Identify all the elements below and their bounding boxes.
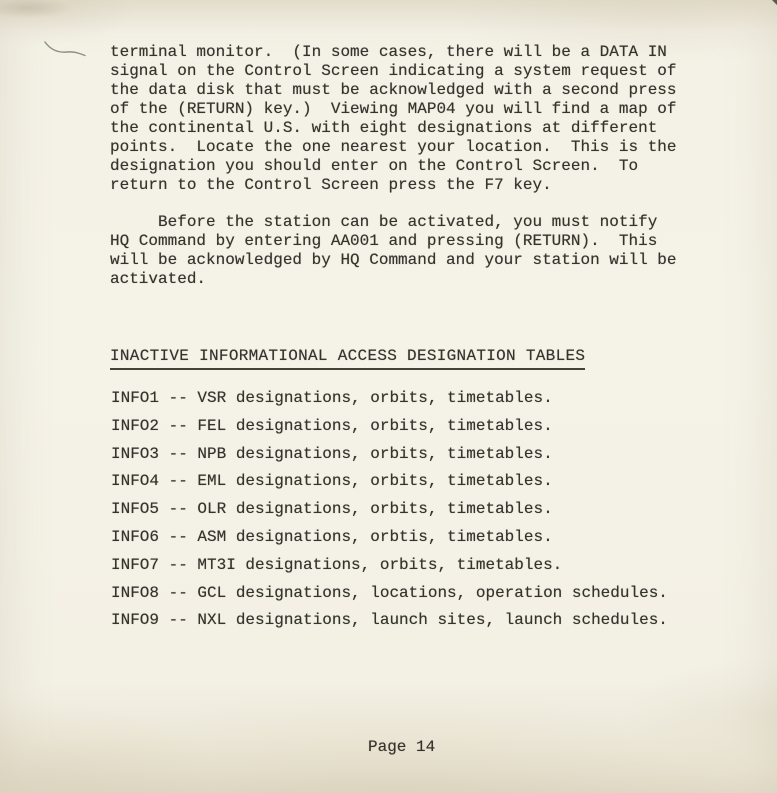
info-row-2: INFO2 -- FEL designations, orbits, timet…	[111, 417, 668, 436]
info-row-8: INFO8 -- GCL designations, locations, op…	[111, 584, 668, 603]
paragraph-terminal-monitor: terminal monitor. (In some cases, there …	[110, 43, 677, 195]
info-row-3: INFO3 -- NPB designations, orbits, timet…	[111, 445, 668, 464]
page-number: Page 14	[368, 738, 435, 757]
info-designation-table: INFO1 -- VSR designations, orbits, timet…	[111, 389, 668, 630]
info-row-6: INFO6 -- ASM designations, orbtis, timet…	[111, 528, 668, 547]
info-row-7: INFO7 -- MT3I designations, orbits, time…	[111, 556, 668, 575]
section-heading-inactive-tables: INACTIVE INFORMATIONAL ACCESS DESIGNATIO…	[110, 347, 585, 370]
scan-edge-smudge	[0, 0, 90, 26]
info-row-4: INFO4 -- EML designations, orbits, timet…	[111, 472, 668, 491]
scan-corner-speck	[772, 0, 777, 5]
info-row-1: INFO1 -- VSR designations, orbits, timet…	[111, 389, 668, 408]
paragraph-station-activation: Before the station can be activated, you…	[110, 213, 677, 289]
pen-stroke-icon	[30, 34, 94, 64]
info-row-9: INFO9 -- NXL designations, launch sites,…	[111, 611, 668, 630]
scanned-manual-page: terminal monitor. (In some cases, there …	[0, 0, 777, 793]
info-row-5: INFO5 -- OLR designations, orbits, timet…	[111, 500, 668, 519]
